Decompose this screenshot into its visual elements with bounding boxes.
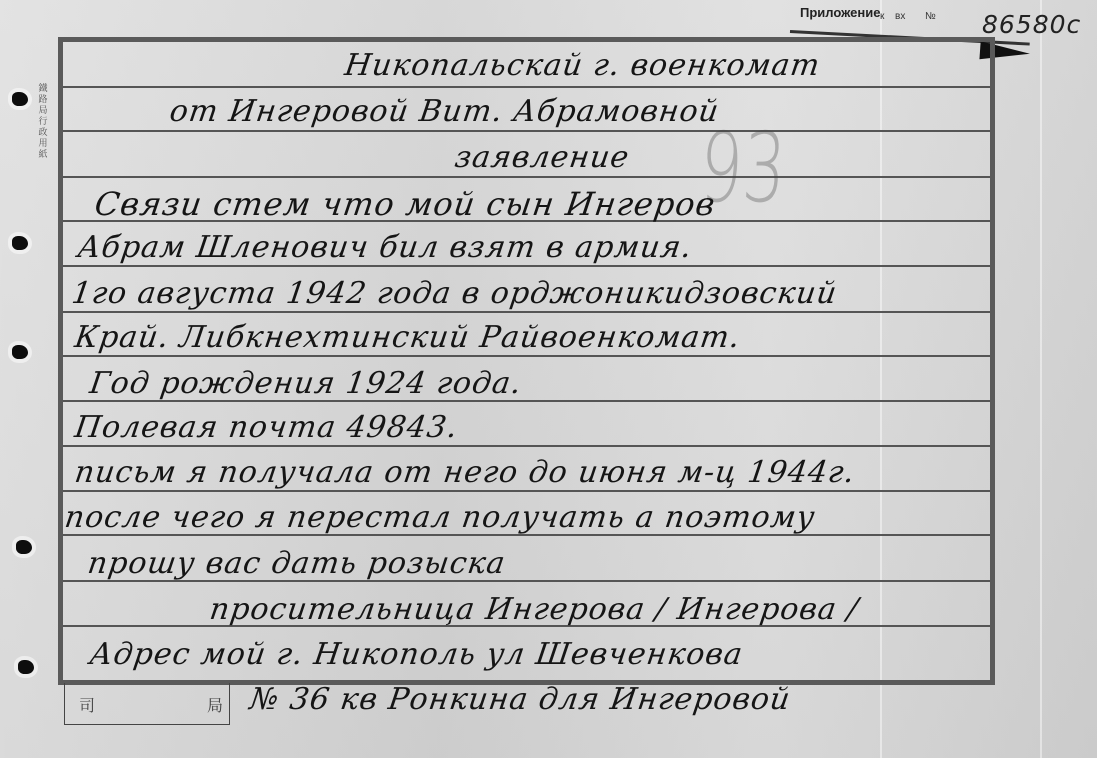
body-line: Абрам Шленович бил взят в армия. (76, 230, 695, 265)
punch-hole (12, 345, 28, 359)
body-line: Полевая почта 49843. (73, 410, 461, 445)
ruled-line (63, 355, 990, 357)
body-line: Край. Либкнехтинский Райвоенкомат. (73, 320, 743, 355)
addressee-line: Никопальскай г. военкомат (343, 48, 823, 83)
ruled-line (63, 311, 990, 313)
punch-hole (16, 540, 32, 554)
printed-box: 司 局 (64, 683, 230, 725)
ruled-line (63, 445, 990, 447)
printed-glyph: 司 (79, 693, 95, 716)
signature-line: просительница Ингерова / Ингерова / (208, 592, 861, 627)
body-line: после чего я перестал получать а поэтому (63, 500, 818, 535)
punch-hole (12, 92, 28, 106)
ruled-line (63, 86, 990, 88)
address-line: Адрес мой г. Никополь ул Шевченкова (88, 637, 746, 672)
body-line: письм я получала от него до июня м-ц 194… (73, 455, 858, 490)
stamp-k: к (880, 11, 884, 22)
address-line: № 36 кв Ронкина для Ингеровой (248, 682, 793, 717)
ruled-frame (58, 37, 995, 685)
ruled-line (63, 130, 990, 132)
ruled-line (63, 490, 990, 492)
heading-line: заявление (453, 140, 632, 175)
stamp-number: 86580с (982, 10, 1081, 39)
body-line: Связи стем что мой сын Ингеров (92, 185, 718, 223)
body-line: прошу вас дать розыска (86, 546, 508, 581)
stamp-no: № (925, 11, 936, 22)
punch-hole (12, 236, 28, 250)
side-print-text: 鐵路局行政用紙 (38, 84, 48, 161)
stamp-label: Приложение (800, 5, 880, 20)
sender-line: от Ингеровой Вит. Абрамовной (168, 94, 722, 129)
body-line: 1го августа 1942 года в орджоникидзовски… (70, 276, 840, 311)
body-line: Год рождения 1924 года. (88, 366, 525, 401)
ruled-line (63, 265, 990, 267)
stamp-vh: вх (895, 11, 905, 22)
printed-glyph: 局 (207, 693, 223, 716)
punch-hole (18, 660, 34, 674)
ruled-line (63, 176, 990, 178)
paper-fold (1040, 0, 1042, 758)
